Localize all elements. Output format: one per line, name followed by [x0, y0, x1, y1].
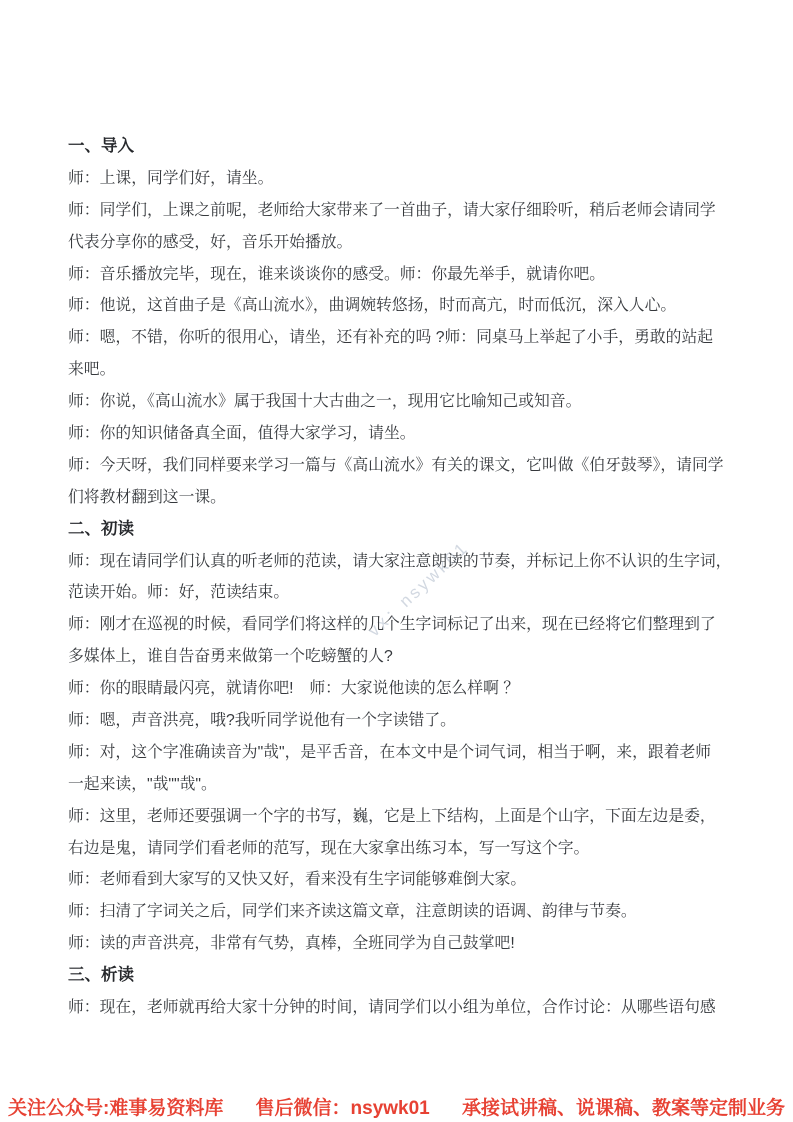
dialogue-line: 右边是鬼，请同学们看老师的范写，现在大家拿出练习本，写一写这个字。 — [68, 833, 740, 865]
dialogue-line: 范读开始。师：好，范读结束。 — [68, 577, 740, 609]
dialogue-line: 师：你的眼睛最闪亮，就请你吧! 师：大家说他读的怎么样啊 ？ — [68, 673, 740, 705]
dialogue-line: 多媒体上，谁自告奋勇来做第一个吃螃蟹的人? — [68, 641, 740, 673]
footer-segment: 关注公众号:难事易资料库 — [8, 1093, 223, 1120]
dialogue-line: 师：你说，《高山流水》属于我国十大古曲之一，现用它比喻知己或知音。 — [68, 386, 740, 418]
dialogue-line: 代表分享你的感受，好，音乐开始播放。 — [68, 227, 740, 259]
dialogue-line: 师：嗯，声音洪亮，哦?我听同学说他有一个字读错了。 — [68, 705, 740, 737]
footer-segment: 承接试讲稿、说课稿、教案等定制业务 — [462, 1093, 785, 1120]
dialogue-line: 师：老师看到大家写的又快又好，看来没有生字词能够难倒大家。 — [68, 864, 740, 896]
dialogue-line: 师：刚才在巡视的时候，看同学们将这样的几个生字词标记了出来，现在已经将它们整理到… — [68, 609, 740, 641]
document-page: vx：nsywk01 一、导入师：上课，同学们好，请坐。师：同学们，上课之前呢，… — [0, 0, 793, 1122]
section-heading: 一、导入 — [68, 131, 740, 163]
document-body: 一、导入师：上课，同学们好，请坐。师：同学们，上课之前呢，老师给大家带来了一首曲… — [68, 131, 740, 1024]
dialogue-line: 师：音乐播放完毕，现在，谁来谈谈你的感受。师：你最先举手，就请你吧。 — [68, 259, 740, 291]
dialogue-line: 来吧。 — [68, 354, 740, 386]
dialogue-line: 师：这里，老师还要强调一个字的书写，巍，它是上下结构，上面是个山字，下面左边是委… — [68, 801, 740, 833]
section-heading: 三、析读 — [68, 960, 740, 992]
dialogue-line: 师：同学们，上课之前呢，老师给大家带来了一首曲子，请大家仔细聆听，稍后老师会请同… — [68, 195, 740, 227]
footer-segment: 售后微信：nsywk01 — [256, 1093, 430, 1120]
promo-footer: 关注公众号:难事易资料库售后微信：nsywk01承接试讲稿、说课稿、教案等定制业… — [8, 1093, 785, 1120]
dialogue-line: 师：现在请同学们认真的听老师的范读，请大家注意朗读的节奏，并标记上你不认识的生字… — [68, 546, 740, 578]
dialogue-line: 师：对，这个字准确读音为"哉"，是平舌音，在本文中是个词气词，相当于啊，来，跟着… — [68, 737, 740, 769]
dialogue-line: 师：现在，老师就再给大家十分钟的时间，请同学们以小组为单位，合作讨论：从哪些语句… — [68, 992, 740, 1024]
dialogue-line: 们将教材翻到这一课。 — [68, 482, 740, 514]
section-heading: 二、初读 — [68, 514, 740, 546]
dialogue-line: 师：今天呀，我们同样要来学习一篇与《高山流水》有关的课文，它叫做《伯牙鼓琴》，请… — [68, 450, 740, 482]
dialogue-line: 师：上课，同学们好，请坐。 — [68, 163, 740, 195]
dialogue-line: 师：扫清了字词关之后，同学们来齐读这篇文章，注意朗读的语调、韵律与节奏。 — [68, 896, 740, 928]
dialogue-line: 师：你的知识储备真全面，值得大家学习，请坐。 — [68, 418, 740, 450]
dialogue-line: 师：嗯，不错，你听的很用心，请坐，还有补充的吗 ?师：同桌马上举起了小手，勇敢的… — [68, 322, 740, 354]
dialogue-line: 师：他说，这首曲子是《高山流水》，曲调婉转悠扬，时而高亢，时而低沉，深入人心。 — [68, 290, 740, 322]
dialogue-line: 一起来读，"哉""哉"。 — [68, 769, 740, 801]
dialogue-line: 师：读的声音洪亮，非常有气势，真棒，全班同学为自己鼓掌吧! — [68, 928, 740, 960]
